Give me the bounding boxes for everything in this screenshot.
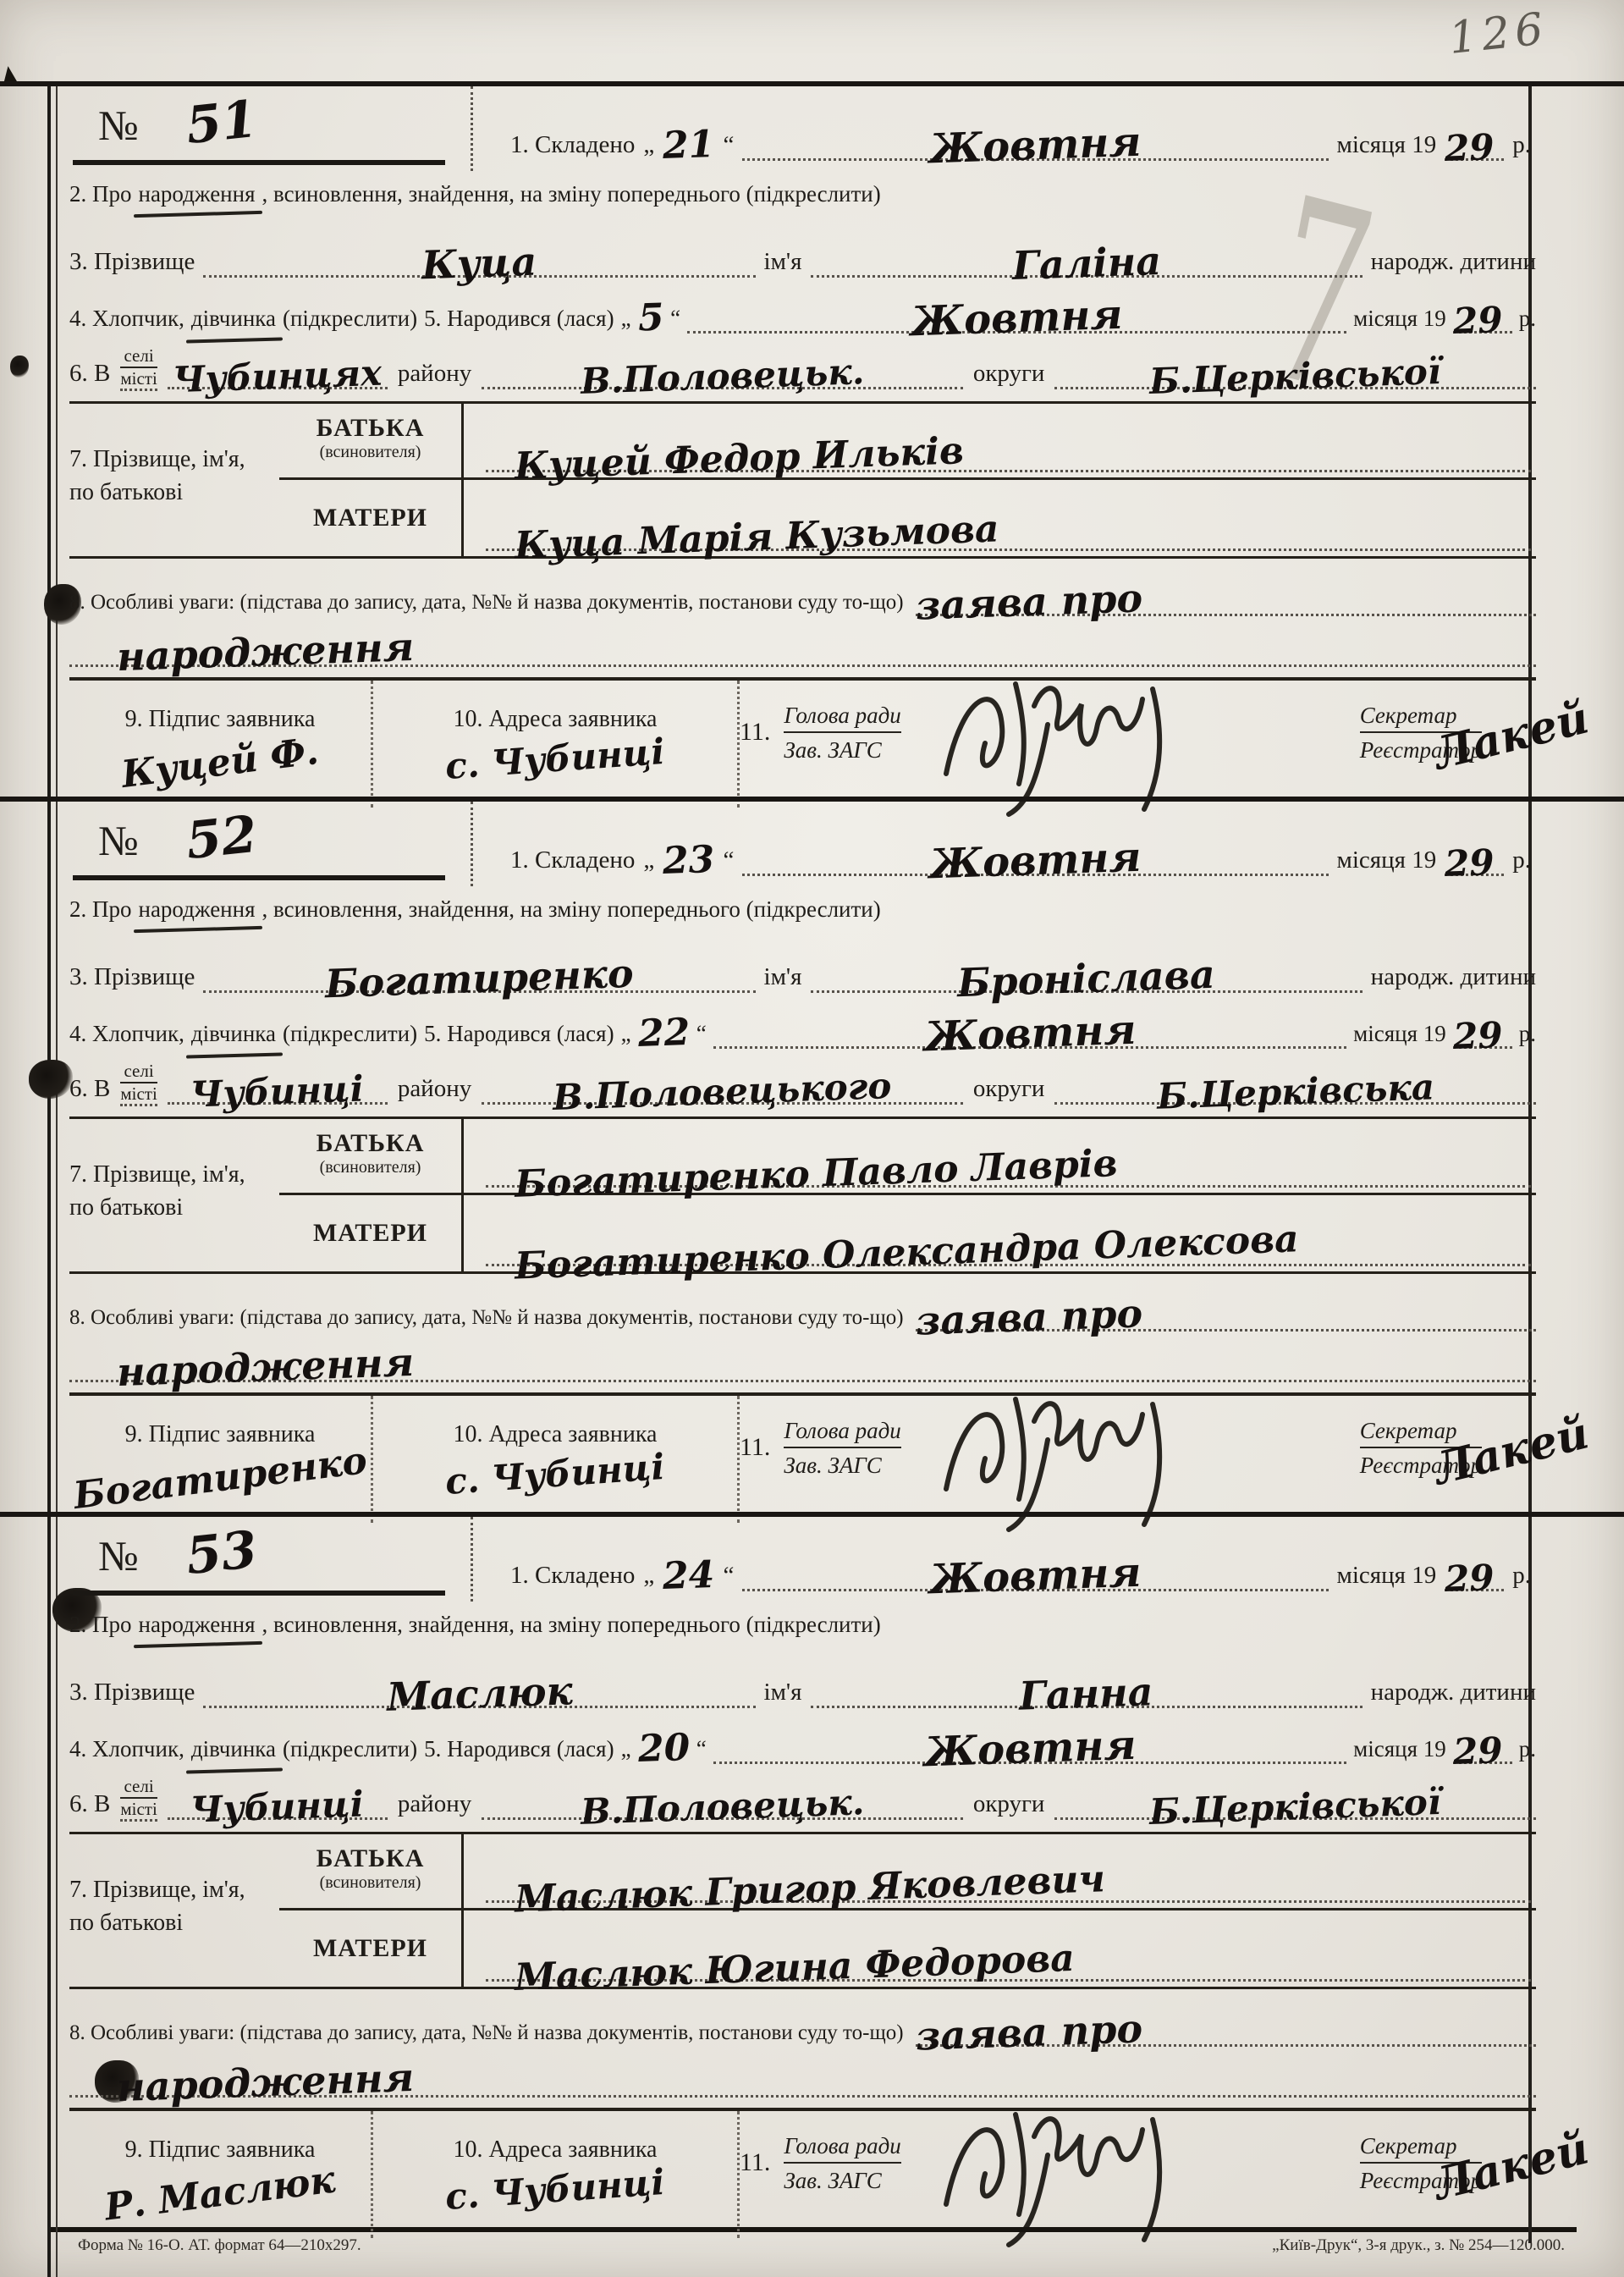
year-suffix: р.: [1512, 846, 1531, 876]
father-value-cell: Маслюк Григор Яковлевич: [464, 1834, 1536, 1910]
child-name: Галіна: [1011, 241, 1162, 285]
applicant-signature: Р. Маслюк: [102, 2161, 337, 2226]
remarks-section: 8. Особливі уваги: (підстава до запису, …: [69, 2003, 1536, 2098]
composed-year: 29: [1445, 130, 1495, 167]
surname-line: Богатиренко: [203, 959, 755, 993]
composed-day: 23: [663, 841, 716, 880]
remarks-line2-fill: народження: [69, 1348, 1536, 1382]
mother-label: МАТЕРИ: [279, 1195, 461, 1248]
father-value-cell: Куцей Федор Ильків: [464, 404, 1536, 480]
composed-month-line: Жовтня: [742, 1556, 1328, 1591]
composed-month: Жовтня: [928, 122, 1142, 170]
okruga-label: округи: [973, 1790, 1045, 1820]
record-type-line: 2. Про народження , всиновлення, знайден…: [69, 896, 1536, 934]
officials-cell: 11. Голова ради Зав. ЗАГС Секретар Реєст…: [740, 2111, 1536, 2238]
parents-label-line1: 7. Прізвище, ім'я,: [69, 443, 279, 476]
officials-number: 11.: [740, 1433, 770, 1462]
okruga-label: округи: [973, 1075, 1045, 1105]
rayon-label: району: [398, 1075, 471, 1105]
name-line: Броніслава: [811, 959, 1363, 993]
remarks-label-line: 8. Особливі уваги: (підстава до запису, …: [69, 572, 1536, 616]
parents-section-label: 7. Прізвище, ім'я, по батькові: [69, 1834, 279, 1987]
quote-close: “: [696, 1736, 707, 1764]
page-number-pencil: 126: [1446, 3, 1550, 64]
number-sign: №: [98, 101, 139, 150]
mother-line: Богатиренко Олександра Олексова: [486, 1235, 1531, 1266]
child-name-line: 3. Прізвище Маслюк ім'я Ганна народж. ди…: [69, 1662, 1536, 1708]
officials-cell: 11. Голова ради Зав. ЗАГС Секретар Реєст…: [740, 1396, 1536, 1523]
applicant-address: с. Чубинці: [444, 2164, 666, 2215]
remarks-line2: народження: [69, 627, 415, 678]
birth-year-line: 29: [1453, 1734, 1512, 1764]
child-suffix-label: народж. дитини: [1371, 963, 1536, 993]
parents-section-label: 7. Прізвище, ім'я, по батькові: [69, 404, 279, 556]
composed-month-line: Жовтня: [742, 841, 1328, 876]
signatures-row: 9. Підпис заявника Р. Маслюк 10. Адреса …: [69, 2108, 1536, 2238]
applicant-address-label: 10. Адреса заявника: [373, 706, 737, 733]
mother-name: Маслюк Югина Федорова: [485, 1940, 1075, 1998]
month-year-label: місяця 19: [1353, 1736, 1446, 1764]
city-option: місті: [120, 1799, 157, 1822]
born-label: 5. Народився (лася): [424, 306, 614, 334]
sex-and-birthdate-line: 4. Хлопчик, дівчинка (підкреслити) 5. На…: [69, 288, 1536, 334]
record: № 51 1. Складено „ 21 “ Жовтня місяця 19…: [0, 81, 1624, 797]
remarks-second-line: народження: [69, 616, 1536, 667]
remarks-second-line: народження: [69, 1331, 1536, 1382]
surname-label: 3. Прізвище: [69, 248, 195, 278]
parents-label-line2: по батькові: [69, 476, 279, 509]
father-label-cell: БАТЬКА (всиновителя): [279, 1119, 464, 1195]
remarks-label: 8. Особливі уваги: (підстава до запису, …: [69, 2021, 904, 2047]
okruga-line: Б.Церківська: [1054, 1074, 1536, 1105]
mother-value-cell: Куца Марія Кузьмова: [464, 480, 1536, 556]
sex-label-prefix: 4. Хлопчик,: [69, 1736, 184, 1764]
applicant-signature-cell: 9. Підпис заявника Куцей Ф.: [69, 681, 373, 808]
composed-month-line: Жовтня: [742, 125, 1328, 161]
type-line-prefix: 2. Про: [69, 896, 132, 923]
village-city-choice: селі місті: [120, 1777, 157, 1822]
type-line-rest: , всиновлення, знайдення, на зміну попер…: [262, 181, 881, 207]
village-line: Чубинці: [168, 1074, 388, 1105]
born-label: 5. Народився (лася): [424, 1736, 614, 1764]
applicant-address: с. Чубинці: [444, 1449, 666, 1500]
in-label: 6. В: [69, 360, 110, 389]
remarks-line1: заява про: [915, 578, 1143, 625]
parents-label-line2: по батькові: [69, 1906, 279, 1939]
underlined-word-girl: дівчинка: [191, 306, 276, 334]
city-option: місті: [120, 1083, 157, 1106]
month-year-label: місяця 19: [1337, 131, 1437, 161]
surname-line: Маслюк: [203, 1674, 755, 1708]
composed-year: 29: [1445, 845, 1495, 882]
quote-open: „: [643, 846, 654, 876]
remarks-second-line: народження: [69, 2047, 1536, 2098]
sex-label-suffix: (підкреслити): [283, 306, 417, 334]
record-number-box: № 53: [73, 1524, 445, 1596]
remarks-line1-fill: заява про: [916, 582, 1536, 616]
month-year-label: місяця 19: [1353, 1021, 1446, 1049]
remarks-label: 8. Особливі уваги: (підстава до запису, …: [69, 1306, 904, 1331]
footer-left-text: Форма № 16-О. АТ. формат 64—210x297.: [78, 2236, 361, 2255]
village-option: селі: [120, 1777, 157, 1799]
year-suffix: р.: [1512, 1562, 1531, 1591]
child-surname: Куца: [421, 242, 538, 285]
mother-label-cell: МАТЕРИ: [279, 1195, 464, 1271]
head-title-line1: Голова ради: [784, 1418, 900, 1448]
mother-value-cell: Богатиренко Олександра Олексова: [464, 1195, 1536, 1271]
underlined-word-birth: народження: [139, 181, 256, 207]
record-number: 53: [184, 1524, 259, 1582]
remarks-label-line: 8. Особливі уваги: (підстава до запису, …: [69, 2003, 1536, 2047]
father-label-cell: БАТЬКА (всиновителя): [279, 1834, 464, 1910]
applicant-signature: Куцей Ф.: [119, 733, 321, 794]
child-surname: Маслюк: [386, 1671, 573, 1717]
born-label: 5. Народився (лася): [424, 1021, 614, 1049]
mother-label-cell: МАТЕРИ: [279, 480, 464, 556]
applicant-signature-cell: 9. Підпис заявника Р. Маслюк: [69, 2111, 373, 2238]
record-number-cell: № 53: [69, 1517, 473, 1602]
village-option: селі: [120, 346, 157, 368]
record: № 53 1. Складено „ 24 “ Жовтня місяця 19…: [0, 1512, 1624, 2227]
quote-open: „: [621, 306, 631, 334]
head-title-line2: Зав. ЗАГС: [784, 2168, 900, 2194]
composed-year-line: 29: [1445, 1561, 1504, 1591]
applicant-address-cell: 10. Адреса заявника с. Чубинці: [373, 681, 740, 808]
head-title-line1: Голова ради: [784, 2133, 900, 2164]
birth-month-line: Жовтня: [687, 298, 1346, 334]
year-suffix: р.: [1519, 306, 1536, 334]
parents-section-label: 7. Прізвище, ім'я, по батькові: [69, 1119, 279, 1271]
village-option: селі: [120, 1061, 157, 1083]
rayon-value: В.Половецьк.: [580, 1784, 865, 1830]
surname-line: Куца: [203, 244, 755, 278]
adopter-label: (всиновителя): [279, 1873, 461, 1893]
applicant-signature-label: 9. Підпис заявника: [69, 706, 371, 733]
parents-section: 7. Прізвище, ім'я, по батькові БАТЬКА (в…: [69, 1116, 1536, 1274]
okruga-line: Б.Церківської: [1054, 1789, 1536, 1820]
year-suffix: р.: [1519, 1021, 1536, 1049]
remarks-section: 8. Особливі уваги: (підстава до запису, …: [69, 572, 1536, 667]
quote-open: „: [643, 1562, 654, 1591]
mother-value-cell: Маслюк Югина Федорова: [464, 1910, 1536, 1987]
head-title-line1: Голова ради: [784, 703, 900, 733]
quote-close: “: [724, 131, 735, 161]
type-line-rest: , всиновлення, знайдення, на зміну попер…: [262, 1612, 881, 1638]
composed-day: 24: [663, 1557, 716, 1596]
in-label: 6. В: [69, 1075, 110, 1105]
quote-open: „: [621, 1736, 631, 1764]
mother-name: Богатиренко Олександра Олексова: [486, 1221, 1300, 1287]
head-titles: Голова ради Зав. ЗАГС: [784, 2133, 900, 2194]
birth-year: 29: [1452, 1017, 1503, 1055]
quote-close: “: [696, 1021, 707, 1049]
record-number-box: № 51: [73, 94, 445, 165]
okruga-value: Б.Церківської: [1149, 1784, 1442, 1830]
composed-label: 1. Складено: [510, 1562, 635, 1591]
birth-month: Жовтня: [923, 1010, 1137, 1058]
adopter-label: (всиновителя): [279, 1158, 461, 1177]
child-name: Броніслава: [957, 955, 1216, 1003]
remarks-line2: народження: [69, 1342, 415, 1393]
child-name-line: 3. Прізвище Куца ім'я Галіна народж. дит…: [69, 232, 1536, 278]
village-line: Чубинці: [168, 1789, 388, 1820]
birth-month: Жовтня: [923, 1725, 1137, 1773]
rayon-label: району: [398, 360, 471, 389]
rayon-line: В.Половецьк.: [482, 359, 963, 389]
head-signature-scrawl: [934, 2096, 1214, 2257]
composed-line: 1. Складено „ 21 “ Жовтня місяця 19 29 р…: [473, 86, 1536, 171]
composed-year: 29: [1445, 1560, 1495, 1597]
birth-day: 20: [637, 1729, 691, 1768]
mother-label: МАТЕРИ: [279, 1910, 461, 1963]
village-value: Чубинці: [190, 1786, 365, 1828]
village-value: Чубинці: [190, 1071, 365, 1112]
father-line: Куцей Федор Ильків: [486, 441, 1531, 472]
remarks-line1-fill: заява про: [916, 1298, 1536, 1331]
name-line: Ганна: [811, 1674, 1363, 1708]
applicant-address-cell: 10. Адреса заявника с. Чубинці: [373, 1396, 740, 1523]
records-list: № 51 1. Складено „ 21 “ Жовтня місяця 19…: [0, 81, 1624, 2227]
father-label-cell: БАТЬКА (всиновителя): [279, 404, 464, 480]
child-suffix-label: народж. дитини: [1371, 1679, 1536, 1708]
composed-label: 1. Складено: [510, 131, 635, 161]
parents-label-line2: по батькові: [69, 1191, 279, 1224]
underlined-word-girl: дівчинка: [191, 1021, 276, 1049]
record-number-box: № 52: [73, 809, 445, 880]
record-header: № 51 1. Складено „ 21 “ Жовтня місяця 19…: [69, 86, 1536, 171]
remarks-line1: заява про: [915, 1293, 1143, 1340]
place-line: 6. В селі місті Чубинці району В.Половец…: [69, 1057, 1536, 1105]
quote-close: “: [724, 846, 735, 876]
remarks-label-line: 8. Особливі уваги: (підстава до запису, …: [69, 1287, 1536, 1331]
in-label: 6. В: [69, 1790, 110, 1820]
parents-label-line1: 7. Прізвище, ім'я,: [69, 1873, 279, 1906]
month-year-label: місяця 19: [1353, 306, 1446, 334]
composed-line: 1. Складено „ 23 “ Жовтня місяця 19 29 р…: [473, 802, 1536, 886]
composed-month: Жовтня: [928, 837, 1142, 885]
mother-label: МАТЕРИ: [279, 480, 461, 532]
village-value: Чубинцях: [173, 356, 383, 399]
rayon-line: В.Половецьк.: [482, 1789, 963, 1820]
officials-number: 11.: [740, 2148, 770, 2177]
remarks-line2-fill: народження: [69, 633, 1536, 667]
child-suffix-label: народж. дитини: [1371, 248, 1536, 278]
remarks-label: 8. Особливі уваги: (підстава до запису, …: [69, 591, 904, 616]
number-sign: №: [98, 1531, 139, 1580]
rayon-value: В.Половецьк.: [580, 354, 865, 400]
father-label: БАТЬКА: [279, 1844, 461, 1873]
year-suffix: р.: [1519, 1736, 1536, 1764]
child-name-line: 3. Прізвище Богатиренко ім'я Броніслава …: [69, 947, 1536, 993]
officials-number: 11.: [740, 718, 770, 747]
remarks-line2: народження: [69, 2058, 415, 2109]
remarks-line1-fill: заява про: [916, 2013, 1536, 2047]
name-label: ім'я: [764, 248, 802, 278]
child-surname: Богатиренко: [324, 954, 634, 1004]
place-line: 6. В селі місті Чубинці району В.Половец…: [69, 1773, 1536, 1820]
village-city-choice: селі місті: [120, 346, 157, 391]
name-line: Галіна: [811, 244, 1363, 278]
sex-label-suffix: (підкреслити): [283, 1736, 417, 1764]
month-year-label: місяця 19: [1337, 846, 1437, 876]
remarks-section: 8. Особливі уваги: (підстава до запису, …: [69, 1287, 1536, 1382]
okruga-line: Б.Церківської: [1054, 359, 1536, 389]
year-suffix: р.: [1512, 131, 1531, 161]
place-line: 6. В селі місті Чубинцях району В.Полове…: [69, 342, 1536, 389]
birth-year-line: 29: [1453, 303, 1512, 334]
record-header: № 53 1. Складено „ 24 “ Жовтня місяця 19…: [69, 1517, 1536, 1602]
name-label: ім'я: [764, 1679, 802, 1708]
underlined-word-birth: народження: [139, 1612, 256, 1638]
composed-line: 1. Складено „ 24 “ Жовтня місяця 19 29 р…: [473, 1517, 1536, 1602]
applicant-address: с. Чубинці: [444, 734, 666, 785]
signatures-row: 9. Підпис заявника Богатиренко 10. Адрес…: [69, 1392, 1536, 1523]
head-title-line2: Зав. ЗАГС: [784, 1453, 900, 1479]
sex-and-birthdate-line: 4. Хлопчик, дівчинка (підкреслити) 5. На…: [69, 1718, 1536, 1764]
underlined-word-birth: народження: [139, 896, 256, 923]
father-label: БАТЬКА: [279, 414, 461, 443]
underlined-word-girl: дівчинка: [191, 1736, 276, 1764]
rayon-label: району: [398, 1790, 471, 1820]
record-number: 52: [184, 809, 259, 867]
sex-label-prefix: 4. Хлопчик,: [69, 306, 184, 334]
surname-label: 3. Прізвище: [69, 963, 195, 993]
rayon-line: В.Половецького: [482, 1074, 963, 1105]
parents-section: 7. Прізвище, ім'я, по батькові БАТЬКА (в…: [69, 1832, 1536, 1989]
parents-label-line1: 7. Прізвище, ім'я,: [69, 1158, 279, 1191]
type-line-prefix: 2. Про: [69, 1612, 132, 1638]
signatures-row: 9. Підпис заявника Куцей Ф. 10. Адреса з…: [69, 677, 1536, 808]
composed-label: 1. Складено: [510, 846, 635, 876]
quote-close: “: [724, 1562, 735, 1591]
type-line-rest: , всиновлення, знайдення, на зміну попер…: [262, 896, 881, 923]
okruga-value: Б.Церківська: [1156, 1069, 1434, 1114]
quote-open: „: [643, 131, 654, 161]
adopter-label: (всиновителя): [279, 443, 461, 462]
quote-close: “: [670, 306, 680, 334]
father-name: Куцей Федор Ильків: [485, 433, 964, 487]
applicant-address-label: 10. Адреса заявника: [373, 1421, 737, 1448]
head-titles: Голова ради Зав. ЗАГС: [784, 703, 900, 764]
number-sign: №: [98, 816, 139, 865]
record-header: № 52 1. Складено „ 23 “ Жовтня місяця 19…: [69, 802, 1536, 886]
month-year-label: місяця 19: [1337, 1562, 1437, 1591]
applicant-signature-cell: 9. Підпис заявника Богатиренко: [69, 1396, 373, 1523]
footer-right-text: „Київ-Друк“, 3-я друк., з. № 254—120.000…: [1272, 2236, 1565, 2255]
remarks-line1: заява про: [915, 2009, 1143, 2055]
okruga-value: Б.Церківської: [1149, 354, 1442, 400]
sex-label-prefix: 4. Хлопчик,: [69, 1021, 184, 1049]
composed-year-line: 29: [1445, 130, 1504, 161]
birth-month-line: Жовтня: [713, 1013, 1346, 1049]
record-type-line: 2. Про народження , всиновлення, знайден…: [69, 181, 1536, 218]
birth-month-line: Жовтня: [713, 1728, 1346, 1764]
remarks-line2-fill: народження: [69, 2064, 1536, 2098]
composed-year-line: 29: [1445, 846, 1504, 876]
composed-month: Жовтня: [928, 1552, 1142, 1601]
record-number-cell: № 52: [69, 802, 473, 886]
sex-label-suffix: (підкреслити): [283, 1021, 417, 1049]
quote-open: „: [621, 1021, 631, 1049]
father-line: Богатиренко Павло Лаврів: [486, 1156, 1531, 1188]
birth-day: 22: [637, 1014, 691, 1053]
parents-section: 7. Прізвище, ім'я, по батькові БАТЬКА (в…: [69, 401, 1536, 559]
name-label: ім'я: [764, 963, 802, 993]
type-line-prefix: 2. Про: [69, 181, 132, 207]
sex-and-birthdate-line: 4. Хлопчик, дівчинка (підкреслити) 5. На…: [69, 1003, 1536, 1049]
rayon-value: В.Половецького: [553, 1068, 893, 1116]
applicant-address-label: 10. Адреса заявника: [373, 2136, 737, 2164]
birth-year-line: 29: [1453, 1018, 1512, 1049]
record-number-cell: № 51: [69, 86, 473, 171]
mother-name: Куца Марія Кузьмова: [485, 510, 999, 565]
registry-scan-page: 126 7 № 51 1. Складено „ 21 “ Жовтня міс…: [0, 0, 1624, 2277]
mother-label-cell: МАТЕРИ: [279, 1910, 464, 1987]
child-name: Ганна: [1019, 1672, 1154, 1716]
record-number: 51: [184, 94, 259, 152]
record: № 52 1. Складено „ 23 “ Жовтня місяця 19…: [0, 797, 1624, 1512]
okruga-label: округи: [973, 360, 1045, 389]
birth-year: 29: [1452, 302, 1503, 339]
surname-label: 3. Прізвище: [69, 1679, 195, 1708]
father-value-cell: Богатиренко Павло Лаврів: [464, 1119, 1536, 1195]
village-line: Чубинцях: [168, 359, 388, 389]
village-city-choice: селі місті: [120, 1061, 157, 1106]
father-label: БАТЬКА: [279, 1129, 461, 1158]
father-line: Маслюк Григор Яковлевич: [486, 1872, 1531, 1903]
mother-line: Куца Марія Кузьмова: [486, 520, 1531, 551]
city-option: місті: [120, 368, 157, 391]
composed-day: 21: [663, 126, 716, 165]
officials-cell: 11. Голова ради Зав. ЗАГС Секретар Реєст…: [740, 681, 1536, 808]
head-titles: Голова ради Зав. ЗАГС: [784, 1418, 900, 1479]
birth-day: 5: [637, 299, 664, 337]
birth-year: 29: [1452, 1733, 1503, 1770]
head-title-line2: Зав. ЗАГС: [784, 737, 900, 764]
birth-month: Жовтня: [911, 295, 1124, 343]
applicant-signature: Богатиренко: [71, 1442, 368, 1515]
applicant-address-cell: 10. Адреса заявника с. Чубинці: [373, 2111, 740, 2238]
record-type-line: 2. Про народження , всиновлення, знайден…: [69, 1612, 1536, 1649]
mother-line: Маслюк Югина Федорова: [486, 1950, 1531, 1982]
